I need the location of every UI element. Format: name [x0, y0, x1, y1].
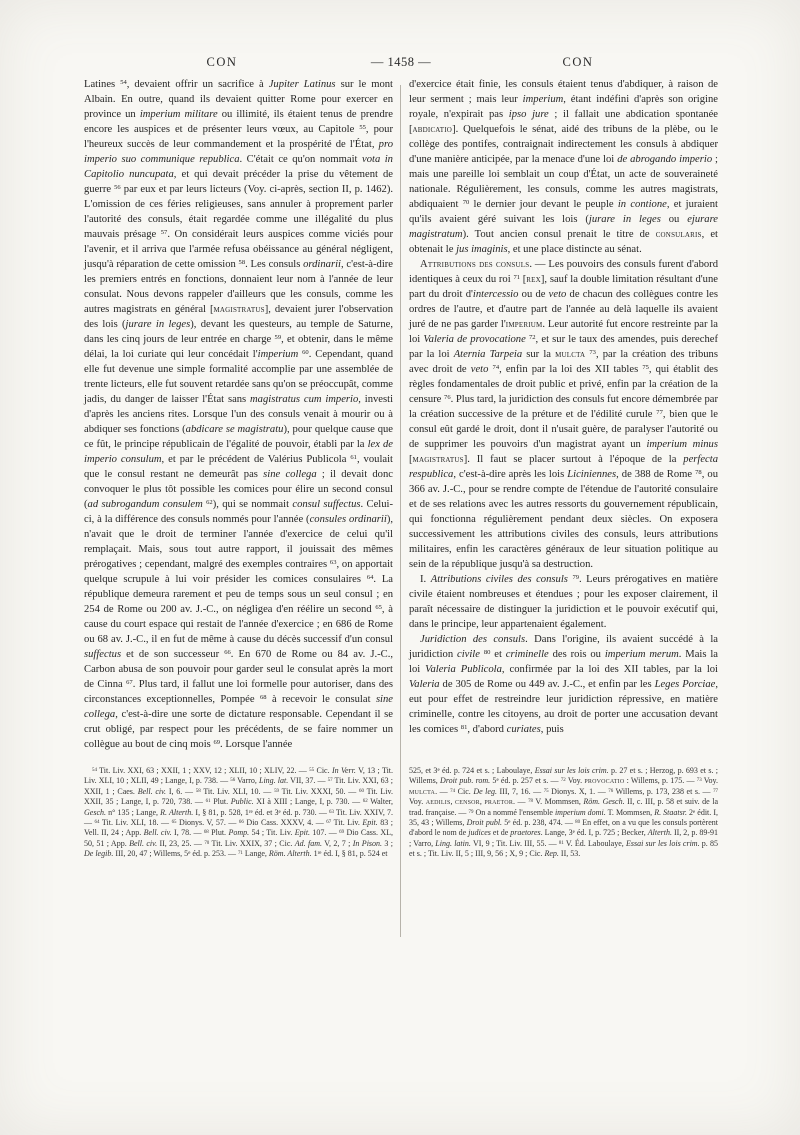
scanned-dictionary-page: CON — 1458 — CON Latines 54, devaient of…	[0, 0, 800, 1135]
running-head: CON — 1458 — CON	[84, 55, 718, 77]
paragraph: d'exercice était finie, les consuls étai…	[409, 77, 718, 257]
text-block: CON — 1458 — CON Latines 54, devaient of…	[84, 55, 718, 860]
paragraph: Juridiction des consuls. Dans l'origine,…	[409, 632, 718, 737]
right-footnotes: 525, et 3e éd. p. 724 et s. ; Laboulaye,…	[409, 766, 718, 860]
main-text-columns: Latines 54, devaient offrir un sacrifice…	[84, 77, 718, 752]
running-head-right: CON	[563, 55, 594, 70]
page-number: — 1458 —	[371, 55, 431, 70]
running-head-left: CON	[207, 55, 238, 70]
paragraph: I. Attributions civiles des consuls 79. …	[409, 572, 718, 632]
paragraph: Latines 54, devaient offrir un sacrifice…	[84, 77, 393, 752]
left-column: Latines 54, devaient offrir un sacrifice…	[84, 77, 393, 752]
footnote-columns: 54 Tit. Liv. XXI, 63 ; XXII, 1 ; XXV, 12…	[84, 766, 718, 860]
column-divider-rule	[400, 85, 401, 937]
right-column: d'exercice était finie, les consuls étai…	[409, 77, 718, 752]
left-footnotes: 54 Tit. Liv. XXI, 63 ; XXII, 1 ; XXV, 12…	[84, 766, 393, 860]
paragraph: Attributions des consuls. — Les pouvoirs…	[409, 257, 718, 572]
